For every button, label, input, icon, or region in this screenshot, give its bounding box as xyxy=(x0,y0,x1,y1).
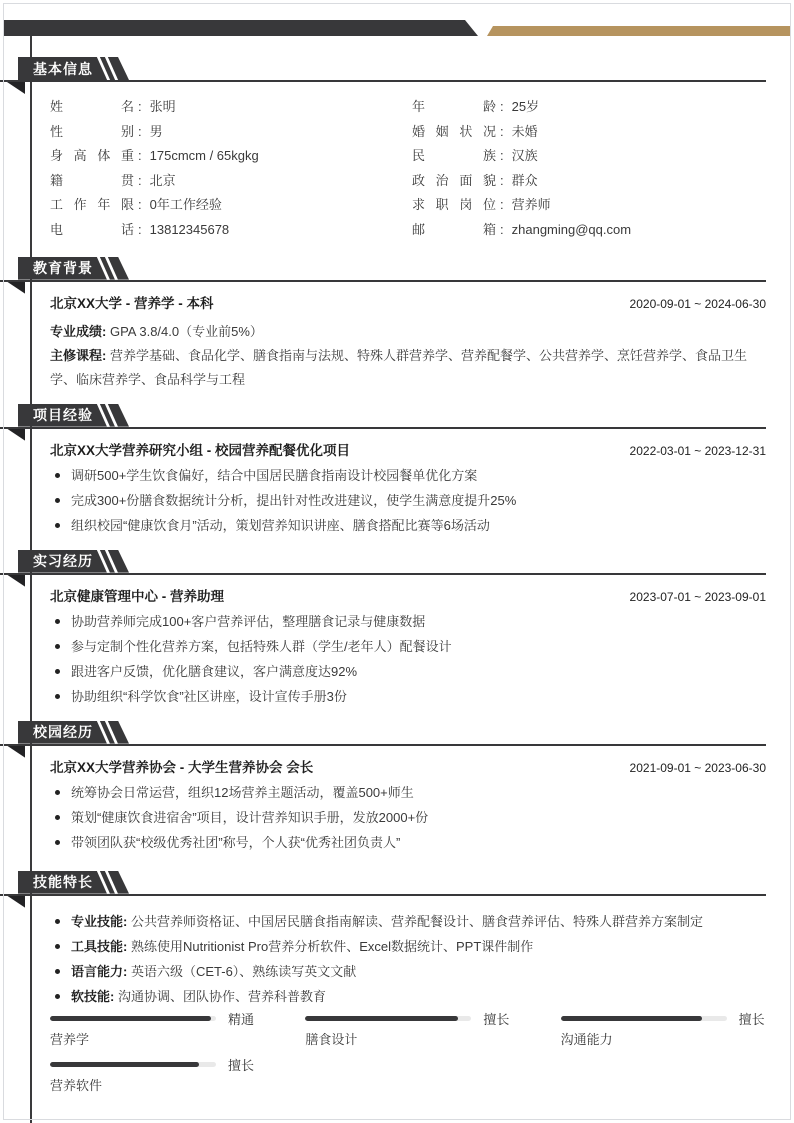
banner-stripes-icon xyxy=(102,871,113,894)
internship-body: 北京健康管理中心 - 营养助理 2023-07-01 ~ 2023-09-01 … xyxy=(0,575,794,705)
project-body: 北京XX大学营养研究小组 - 校园营养配餐优化项目 2022-03-01 ~ 2… xyxy=(0,429,794,534)
info-value: 13812345678 xyxy=(150,222,230,237)
basic-info-grid: 姓名:张明 性别:男 身高体重:175cmcm / 65kgkg 籍贯:北京 xyxy=(0,82,794,243)
entry-header: 北京XX大学营养协会 - 大学生营养协会 会长 2021-09-01 ~ 202… xyxy=(50,759,766,777)
section-banner: 技能特长 xyxy=(18,871,129,894)
bullet-list: 统筹协会日常运营，组织12场营养主题活动，覆盖500+师生 策划“健康饮食进宿舍… xyxy=(50,784,766,851)
basic-info-left-column: 姓名:张明 性别:男 身高体重:175cmcm / 65kgkg 籍贯:北京 xyxy=(50,95,412,243)
info-colon: : xyxy=(138,120,142,145)
skill-name: 营养软件 xyxy=(50,1077,255,1095)
info-colon: : xyxy=(500,169,504,194)
skill-category-label: 专业技能: xyxy=(71,914,127,929)
skill-name: 营养学 xyxy=(50,1031,255,1049)
detail-label: 专业成绩: xyxy=(50,324,106,339)
entry-date: 2022-03-01 ~ 2023-12-31 xyxy=(630,443,766,460)
skill-category-text: 英语六级（CET-6）、熟练读写英文文献 xyxy=(131,964,356,979)
bullet-list: 调研500+学生饮食偏好，结合中国居民膳食指南设计校园餐单优化方案 完成300+… xyxy=(50,467,766,534)
info-row: 邮箱:zhangming@qq.com xyxy=(412,218,766,243)
info-colon: : xyxy=(138,218,142,243)
banner-stripes-icon xyxy=(102,257,113,280)
detail-label: 主修课程: xyxy=(50,348,106,363)
info-label: 邮箱 xyxy=(412,218,496,243)
info-row: 姓名:张明 xyxy=(50,95,412,120)
banner-stripes-icon xyxy=(102,550,113,573)
entry-date: 2021-09-01 ~ 2023-06-30 xyxy=(630,760,766,777)
bullet-item: 跟进客户反馈，优化膳食建议，客户满意度达92% xyxy=(50,663,766,680)
info-colon: : xyxy=(138,95,142,120)
section-title: 项目经验 xyxy=(33,405,93,425)
skill-bar-track xyxy=(50,1016,216,1021)
info-colon: : xyxy=(500,120,504,145)
banner-stripes-icon xyxy=(102,404,113,427)
basic-info-right-column: 年龄:25岁 婚姻状况:未婚 民族:汉族 政治面貌:群众 xyxy=(412,95,766,243)
section-banner: 项目经验 xyxy=(18,404,129,427)
skill-level-label: 擅长 xyxy=(228,1055,254,1074)
info-colon: : xyxy=(500,218,504,243)
skill-category-text: 公共营养师资格证、中国居民膳食指南解读、营养配餐设计、膳食营养评估、特殊人群营养… xyxy=(131,914,703,929)
bullet-item: 协助组织“科学饮食”社区讲座，设计宣传手册3份 xyxy=(50,688,766,705)
section-header: 实习经历 xyxy=(0,550,766,575)
skill-category-label: 工具技能: xyxy=(71,939,127,954)
skill-bar-track xyxy=(561,1016,727,1021)
section-header: 技能特长 xyxy=(0,871,766,896)
skill-bar-item: 擅长 沟通能力 xyxy=(561,1011,766,1049)
entry-date: 2023-07-01 ~ 2023-09-01 xyxy=(630,589,766,606)
entry-title: 北京XX大学营养协会 - 大学生营养协会 会长 xyxy=(50,759,313,776)
skill-bar-track xyxy=(50,1062,216,1067)
top-bar-gold xyxy=(487,26,790,36)
info-row: 年龄:25岁 xyxy=(412,95,766,120)
skill-bar-fill xyxy=(561,1016,702,1021)
skill-bar-row: 擅长 xyxy=(561,1011,766,1027)
bullet-item: 统筹协会日常运营，组织12场营养主题活动，覆盖500+师生 xyxy=(50,784,766,801)
detail-text: 营养学基础、食品化学、膳食指南与法规、特殊人群营养学、营养配餐学、公共营养学、烹… xyxy=(50,348,747,387)
section-header: 基本信息 xyxy=(0,57,766,82)
info-label: 求职岗位 xyxy=(412,193,496,218)
bullet-list: 协助营养师完成100+客户营养评估，整理膳食记录与健康数据 参与定制个性化营养方… xyxy=(50,613,766,705)
section-basic-info: 基本信息 姓名:张明 性别:男 身高体重:175cmcm / 65kgkg xyxy=(0,57,794,243)
info-row: 性别:男 xyxy=(50,120,412,145)
info-colon: : xyxy=(500,144,504,169)
section-project: 项目经验 北京XX大学营养研究小组 - 校园营养配餐优化项目 2022-03-0… xyxy=(0,404,794,534)
info-label: 年龄 xyxy=(412,95,496,120)
section-banner: 实习经历 xyxy=(18,550,129,573)
section-title: 实习经历 xyxy=(33,551,93,571)
skill-level-label: 擅长 xyxy=(483,1009,509,1028)
skill-name: 沟通能力 xyxy=(561,1031,766,1049)
skills-body: 专业技能: 公共营养师资格证、中国居民膳食指南解读、营养配餐设计、膳食营养评估、… xyxy=(0,896,794,1095)
skill-bar-item: 擅长 膳食设计 xyxy=(305,1011,510,1049)
section-title: 校园经历 xyxy=(33,722,93,742)
bullet-item: 组织校园“健康饮食月”活动，策划营养知识讲座、膳食搭配比赛等6场活动 xyxy=(50,517,766,534)
section-internship: 实习经历 北京健康管理中心 - 营养助理 2023-07-01 ~ 2023-0… xyxy=(0,550,794,705)
banner-stripes-icon xyxy=(102,57,113,80)
info-label: 工作年限 xyxy=(50,193,134,218)
info-value: zhangming@qq.com xyxy=(512,222,631,237)
skill-category-label: 语言能力: xyxy=(71,964,127,979)
education-body: 北京XX大学 - 营养学 - 本科 2020-09-01 ~ 2024-06-3… xyxy=(0,282,794,392)
section-title: 技能特长 xyxy=(33,872,93,892)
section-banner: 校园经历 xyxy=(18,721,129,744)
section-education: 教育背景 北京XX大学 - 营养学 - 本科 2020-09-01 ~ 2024… xyxy=(0,257,794,392)
skill-bar-fill xyxy=(50,1062,199,1067)
campus-body: 北京XX大学营养协会 - 大学生营养协会 会长 2021-09-01 ~ 202… xyxy=(0,746,794,851)
section-header: 项目经验 xyxy=(0,404,766,429)
section-skills: 技能特长 专业技能: 公共营养师资格证、中国居民膳食指南解读、营养配餐设计、膳食… xyxy=(0,871,794,1095)
info-colon: : xyxy=(138,144,142,169)
info-label: 籍贯 xyxy=(50,169,134,194)
info-row: 工作年限:0年工作经验 xyxy=(50,193,412,218)
info-label: 民族 xyxy=(412,144,496,169)
skill-bar-row: 擅长 xyxy=(50,1057,255,1073)
bullet-list: 专业技能: 公共营养师资格证、中国居民膳食指南解读、营养配餐设计、膳食营养评估、… xyxy=(50,913,766,1005)
section-banner: 基本信息 xyxy=(18,57,129,80)
info-row: 电话:13812345678 xyxy=(50,218,412,243)
info-value: 25岁 xyxy=(512,99,539,114)
skill-bar-item: 擅长 营养软件 xyxy=(50,1057,255,1095)
info-row: 身高体重:175cmcm / 65kgkg xyxy=(50,144,412,169)
banner-stripes-icon xyxy=(102,721,113,744)
info-colon: : xyxy=(500,193,504,218)
bullet-item: 专业技能: 公共营养师资格证、中国居民膳食指南解读、营养配餐设计、膳食营养评估、… xyxy=(50,913,766,930)
info-label: 身高体重 xyxy=(50,144,134,169)
skill-name: 膳食设计 xyxy=(305,1031,510,1049)
skill-category-text: 沟通协调、团队协作、营养科普教育 xyxy=(118,989,326,1004)
info-row: 籍贯:北京 xyxy=(50,169,412,194)
skill-level-label: 擅长 xyxy=(739,1009,765,1028)
top-bar-dark xyxy=(4,20,478,36)
info-value: 汉族 xyxy=(512,148,538,163)
bullet-item: 完成300+份膳食数据统计分析，提出针对性改进建议，使学生满意度提升25% xyxy=(50,492,766,509)
info-value: 未婚 xyxy=(512,124,538,139)
skill-category-label: 软技能: xyxy=(71,989,114,1004)
skill-bar-row: 擅长 xyxy=(305,1011,510,1027)
skill-bar-fill xyxy=(305,1016,458,1021)
info-value: 营养师 xyxy=(512,197,551,212)
bullet-item: 语言能力: 英语六级（CET-6）、熟练读写英文文献 xyxy=(50,963,766,980)
bullet-item: 参与定制个性化营养方案，包括特殊人群（学生/老年人）配餐设计 xyxy=(50,638,766,655)
info-label: 婚姻状况 xyxy=(412,120,496,145)
info-label: 姓名 xyxy=(50,95,134,120)
info-row: 政治面貌:群众 xyxy=(412,169,766,194)
info-label: 电话 xyxy=(50,218,134,243)
skill-category-text: 熟练使用Nutritionist Pro营养分析软件、Excel数据统计、PPT… xyxy=(131,939,533,954)
info-colon: : xyxy=(138,169,142,194)
bullet-item: 策划“健康饮食进宿舍”项目，设计营养知识手册，发放2000+份 xyxy=(50,809,766,826)
skill-bar-item: 精通 营养学 xyxy=(50,1011,255,1049)
education-detail-row: 专业成绩: GPA 3.8/4.0（专业前5%） xyxy=(50,320,766,344)
section-header: 校园经历 xyxy=(0,721,766,746)
section-campus: 校园经历 北京XX大学营养协会 - 大学生营养协会 会长 2021-09-01 … xyxy=(0,721,794,851)
section-header: 教育背景 xyxy=(0,257,766,282)
skill-bar-track xyxy=(305,1016,471,1021)
entry-title: 北京XX大学 - 营养学 - 本科 xyxy=(50,295,214,312)
info-row: 婚姻状况:未婚 xyxy=(412,120,766,145)
info-value: 群众 xyxy=(512,173,538,188)
skill-bars-grid: 精通 营养学 擅长 膳食设计 xyxy=(50,1011,766,1095)
section-title: 教育背景 xyxy=(33,258,93,278)
education-detail-row: 主修课程: 营养学基础、食品化学、膳食指南与法规、特殊人群营养学、营养配餐学、公… xyxy=(50,344,766,392)
entry-header: 北京XX大学 - 营养学 - 本科 2020-09-01 ~ 2024-06-3… xyxy=(50,295,766,313)
entry-title: 北京XX大学营养研究小组 - 校园营养配餐优化项目 xyxy=(50,442,350,459)
info-value: 北京 xyxy=(150,173,176,188)
entry-title: 北京健康管理中心 - 营养助理 xyxy=(50,588,224,605)
skill-bar-fill xyxy=(50,1016,211,1021)
info-colon: : xyxy=(500,95,504,120)
bullet-item: 带领团队获“校级优秀社团”称号，个人获“优秀社团负责人” xyxy=(50,834,766,851)
info-value: 张明 xyxy=(150,99,176,114)
bullet-item: 协助营养师完成100+客户营养评估，整理膳食记录与健康数据 xyxy=(50,613,766,630)
skill-level-label: 精通 xyxy=(228,1009,254,1028)
info-colon: : xyxy=(138,193,142,218)
info-value: 0年工作经验 xyxy=(150,197,222,212)
bullet-item: 调研500+学生饮食偏好，结合中国居民膳食指南设计校园餐单优化方案 xyxy=(50,467,766,484)
section-title: 基本信息 xyxy=(33,59,93,79)
info-label: 政治面貌 xyxy=(412,169,496,194)
entry-header: 北京健康管理中心 - 营养助理 2023-07-01 ~ 2023-09-01 xyxy=(50,588,766,606)
skill-bar-row: 精通 xyxy=(50,1011,255,1027)
entry-date: 2020-09-01 ~ 2024-06-30 xyxy=(630,296,766,313)
info-row: 求职岗位:营养师 xyxy=(412,193,766,218)
bullet-item: 工具技能: 熟练使用Nutritionist Pro营养分析软件、Excel数据… xyxy=(50,938,766,955)
section-banner: 教育背景 xyxy=(18,257,129,280)
info-value: 男 xyxy=(150,124,163,139)
resume-page: 基本信息 姓名:张明 性别:男 身高体重:175cmcm / 65kgkg xyxy=(0,0,794,1123)
info-value: 175cmcm / 65kgkg xyxy=(150,148,259,163)
entry-header: 北京XX大学营养研究小组 - 校园营养配餐优化项目 2022-03-01 ~ 2… xyxy=(50,442,766,460)
detail-text: GPA 3.8/4.0（专业前5%） xyxy=(110,324,263,339)
info-label: 性别 xyxy=(50,120,134,145)
bullet-item: 软技能: 沟通协调、团队协作、营养科普教育 xyxy=(50,988,766,1005)
info-row: 民族:汉族 xyxy=(412,144,766,169)
